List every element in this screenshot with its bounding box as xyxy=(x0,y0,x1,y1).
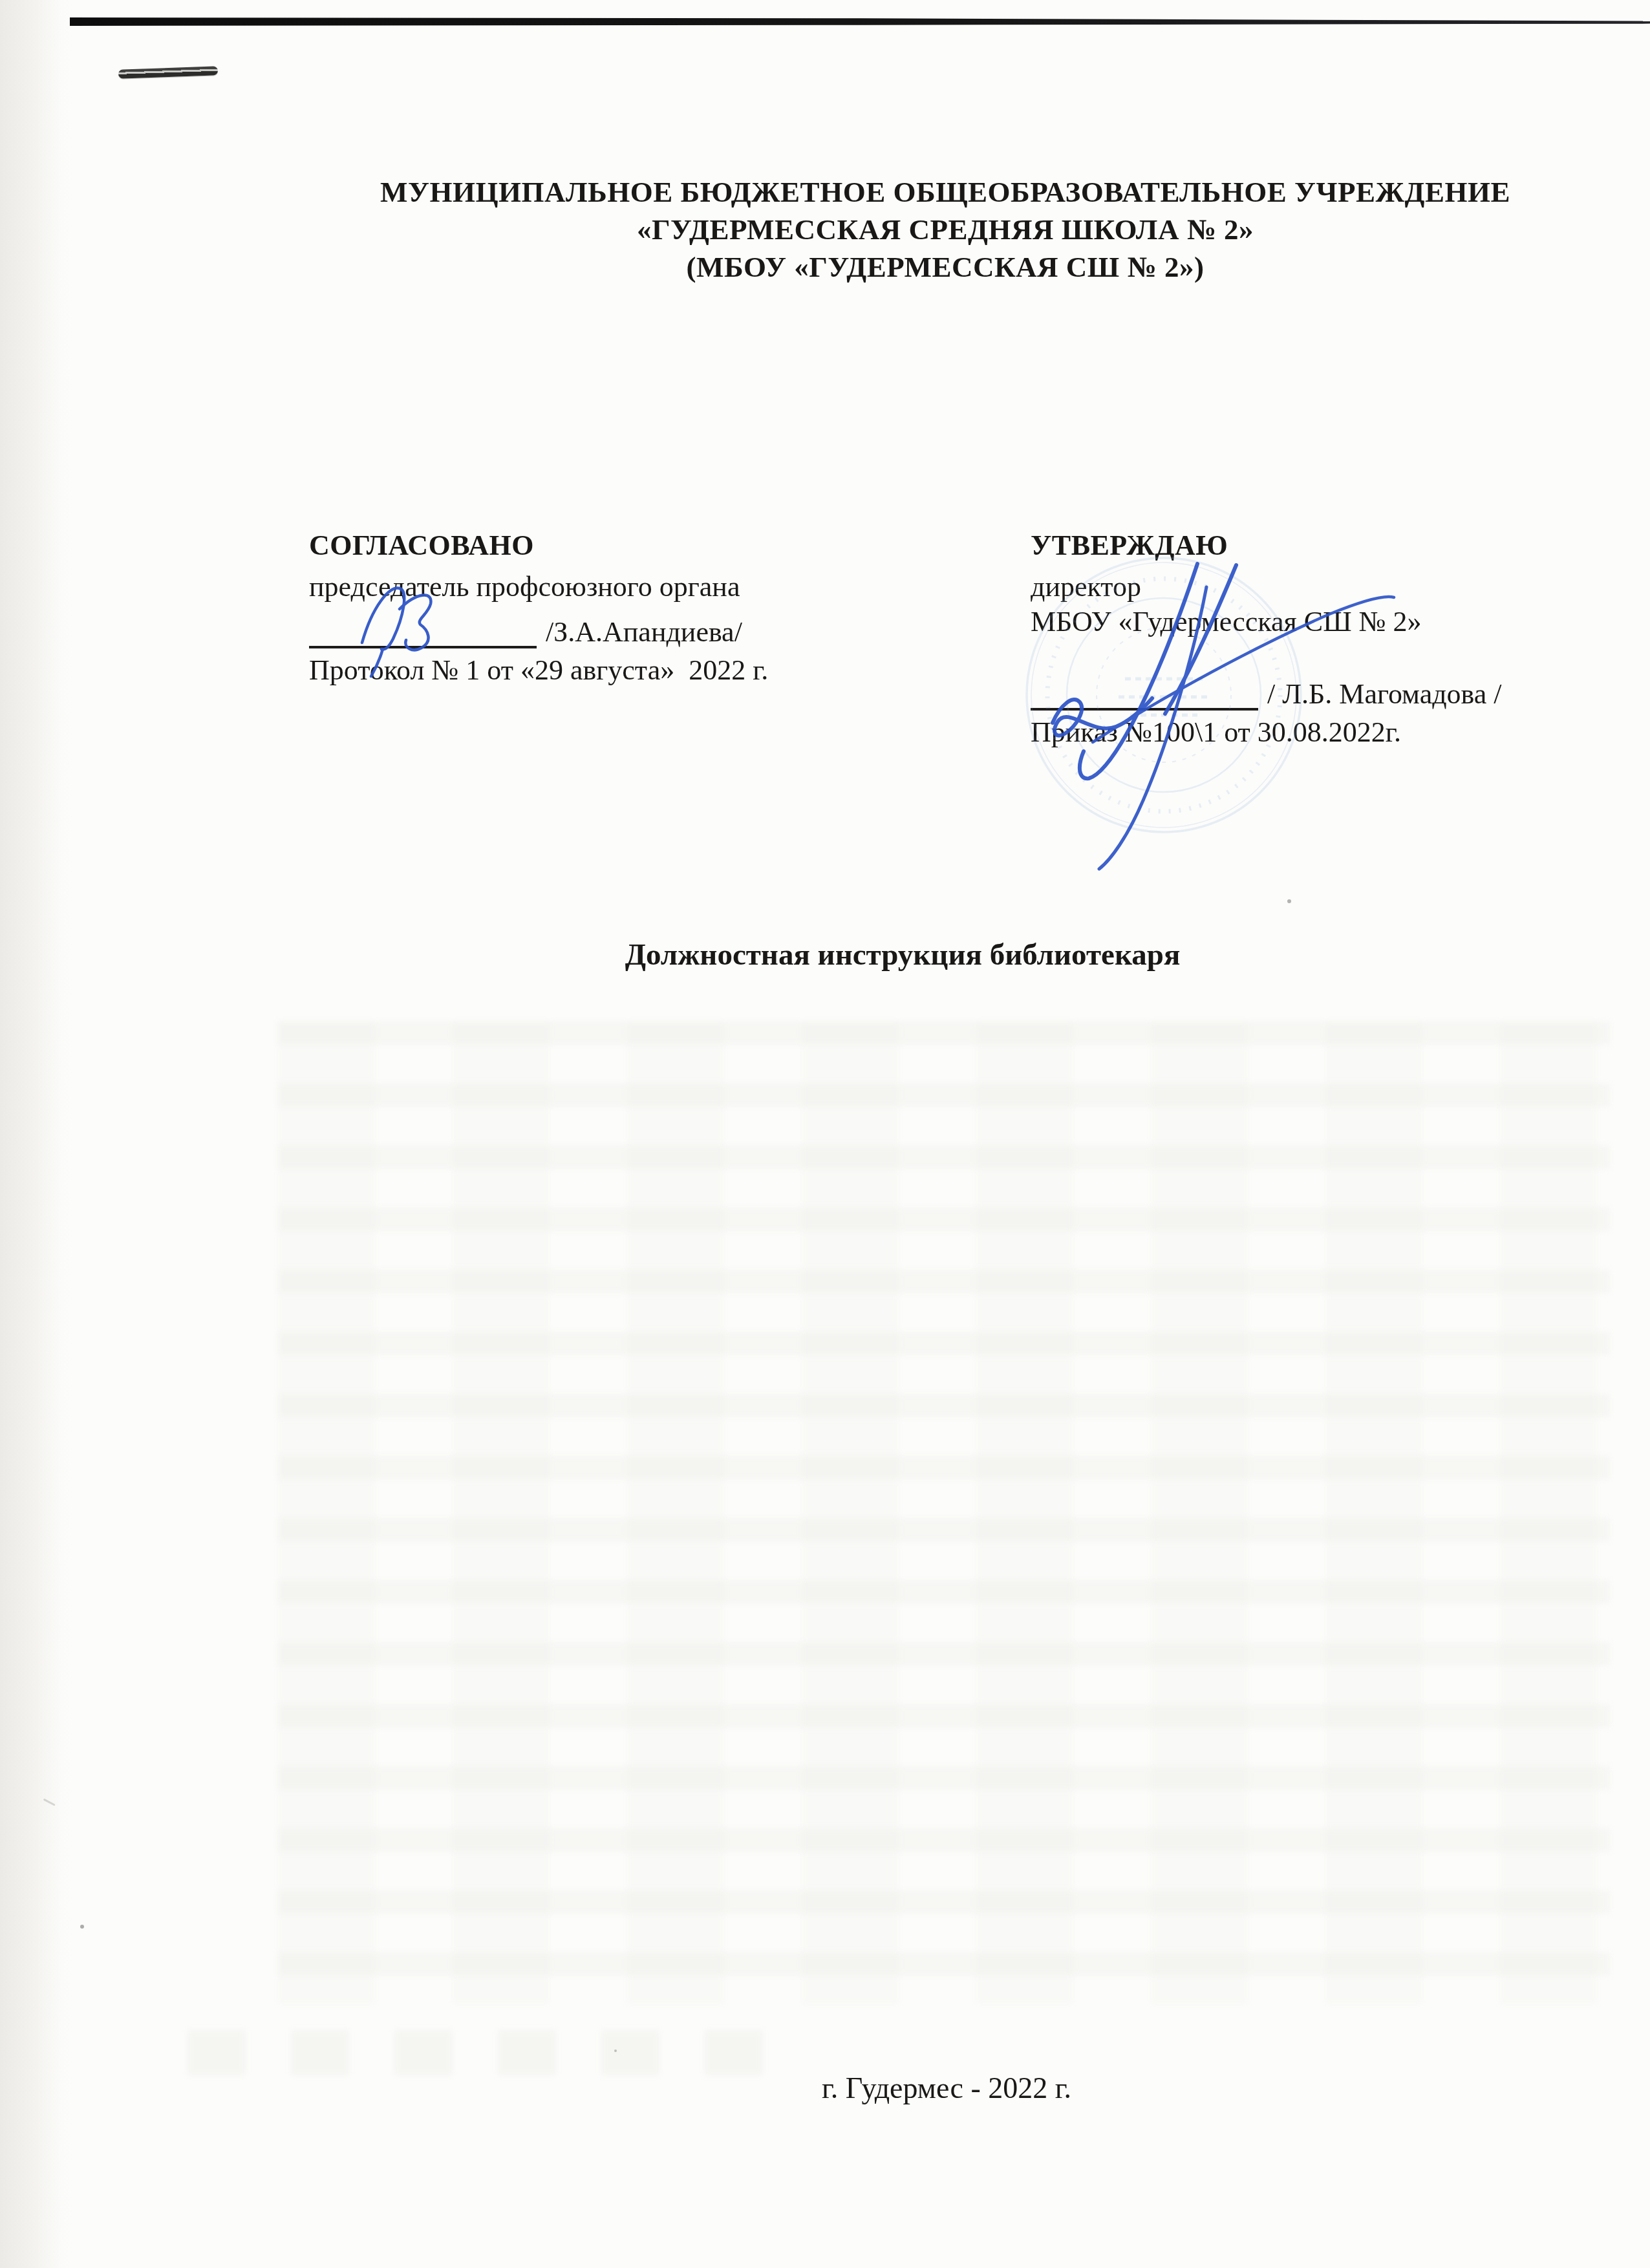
institution-name-line2: «ГУДЕРМЕССКАЯ СРЕДНЯЯ ШКОЛА № 2» xyxy=(120,211,1650,248)
approved-role: директор xyxy=(1031,570,1612,604)
agreed-signature-line xyxy=(309,604,537,648)
document-footer: г. Гудермес - 2022 г. xyxy=(122,2071,1650,2105)
scan-top-edge-line xyxy=(70,17,1650,26)
scan-left-edge-shadow xyxy=(0,0,72,2268)
bleed-through-artifact xyxy=(278,1022,1610,2004)
institution-name-line3: (МБОУ «ГУДЕРМЕССКАЯ СШ № 2») xyxy=(120,248,1650,286)
staple-mark xyxy=(118,66,218,78)
approved-signature-row: / Л.Б. Магомадова / xyxy=(1031,669,1612,711)
approved-heading: УТВЕРЖДАЮ xyxy=(1031,529,1612,562)
agreed-role: председатель профсоюзного органа xyxy=(309,570,826,604)
agreed-protocol: Протокол № 1 от «29 августа» 2022 г. xyxy=(309,654,826,687)
approved-block: УТВЕРЖДАЮ директор МБОУ «Гудермесская СШ… xyxy=(1031,529,1612,749)
approved-order: Приказ №100\1 от 30.08.2022г. xyxy=(1031,716,1612,749)
approved-organization: МБОУ «Гудермесская СШ № 2» xyxy=(1031,604,1612,639)
approved-signature-line xyxy=(1031,667,1258,711)
scanned-page: МУНИЦИПАЛЬНОЕ БЮДЖЕТНОЕ ОБЩЕОБРАЗОВАТЕЛЬ… xyxy=(0,0,1650,2268)
agreed-heading: СОГЛАСОВАНО xyxy=(309,529,826,562)
bleed-through-artifact-footer xyxy=(187,2030,802,2075)
institution-name-line1: МУНИЦИПАЛЬНОЕ БЮДЖЕТНОЕ ОБЩЕОБРАЗОВАТЕЛЬ… xyxy=(120,173,1650,211)
agreed-signature-row: /З.А.Апандиева/ xyxy=(309,607,826,648)
institution-header: МУНИЦИПАЛЬНОЕ БЮДЖЕТНОЕ ОБЩЕОБРАЗОВАТЕЛЬ… xyxy=(120,173,1650,286)
approved-signatory-name: / Л.Б. Магомадова / xyxy=(1267,678,1502,711)
agreed-signatory-name: /З.А.Апандиева/ xyxy=(546,615,742,648)
document-title: Должностная инструкция библиотекаря xyxy=(78,937,1650,972)
agreed-block: СОГЛАСОВАНО председатель профсоюзного ор… xyxy=(309,529,826,687)
